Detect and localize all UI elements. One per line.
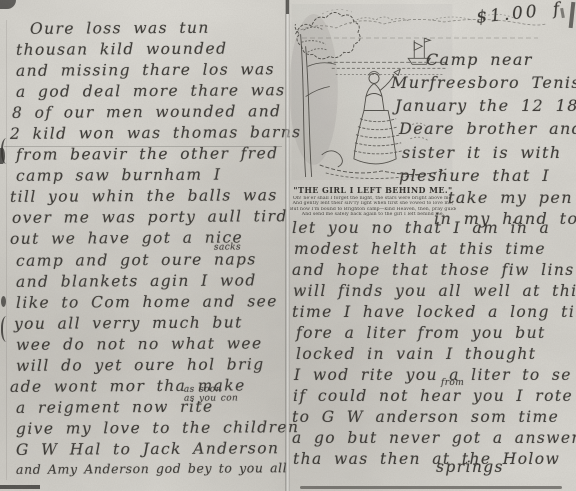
handwritten-line: modest helth at this time xyxy=(294,240,546,258)
handwritten-line: from beavir the other fred xyxy=(16,144,287,167)
handwritten-text: camp and got oure naps xyxy=(16,250,257,269)
handwritten-line: I wod rite you a liter to se xyxy=(294,366,572,384)
handwritten-line: a god deal more thare was xyxy=(16,81,287,104)
handwritten-line: will finds you all well at this xyxy=(293,282,576,300)
handwritten-line: camp and got oure naps sacks xyxy=(16,250,287,273)
handwritten-line: and missing thare los was xyxy=(16,60,287,83)
handwritten-line: like to Com home and see xyxy=(16,292,287,315)
fold-line xyxy=(285,0,290,491)
handwritten-line: Murfreesboro Tenisee xyxy=(391,73,576,92)
page-crease-line xyxy=(6,20,7,480)
handwritten-line: 8 of our men wounded and xyxy=(12,102,287,125)
stray-line xyxy=(4,146,282,147)
inserted-word: as you con xyxy=(184,394,238,403)
handwritten-line: camp saw burnham I xyxy=(16,166,287,189)
handwritten-line: ade wont mor tha make xyxy=(10,376,287,399)
handwritten-line: over me was porty aull tird xyxy=(12,208,287,231)
handwritten-line: pleshure that I xyxy=(399,166,550,185)
edge-mark xyxy=(1,296,6,307)
handwritten-line: sister it is with xyxy=(402,143,562,162)
handwritten-line: and blankets agin I wod xyxy=(16,271,287,294)
handwritten-line: and Amy Anderson god bey to you all xyxy=(16,460,287,483)
handwritten-line: 2 kild won was thomas barns xyxy=(10,123,287,146)
handwritten-line: you all verry much but xyxy=(14,313,287,336)
handwritten-line: let you no that I am in a xyxy=(292,219,550,237)
handwritten-line: springs xyxy=(436,458,504,476)
right-page: $1.00 f p xyxy=(288,0,576,491)
handwritten-line: Oure loss was tun xyxy=(30,18,287,41)
handwritten-line: January the 12 1863 xyxy=(395,96,576,115)
handwritten-line: and hope that those fiw lins xyxy=(292,261,575,279)
handwritten-line: take my pen xyxy=(448,188,573,207)
handwritten-line: give my love to the children xyxy=(16,418,287,441)
inserted-phrase-as-soon: as soon as you con xyxy=(184,385,238,403)
handwritten-line: tha was then at the Holow xyxy=(293,450,560,468)
edge-mark xyxy=(286,0,289,14)
edge-mark xyxy=(300,486,562,489)
handwritten-text: if could not hear you I rote xyxy=(293,387,573,405)
letterhead-verse: Oh! ne'er shall I forget the night, the … xyxy=(290,196,456,218)
edge-mark xyxy=(1,316,12,342)
handwritten-line: locked in vain I thought xyxy=(296,345,536,363)
edge-mark xyxy=(0,485,40,489)
edge-mark xyxy=(1,138,12,164)
handwritten-line: if could not hear you I rote from xyxy=(293,387,573,405)
handwritten-line: G W Hal to Jack Anderson xyxy=(16,439,287,462)
handwritten-line: will do yet oure hol brig xyxy=(16,355,287,378)
left-page: Oure loss was tun thousan kild wounded a… xyxy=(0,0,287,491)
inserted-word-sacks: sacks xyxy=(214,243,241,252)
handwritten-line: a reigment now rite as soon as you con xyxy=(16,397,287,420)
handwritten-line: Camp near xyxy=(426,50,533,69)
letter-scan: Oure loss was tun thousan kild wounded a… xyxy=(0,0,576,491)
handwritten-line: wee do not no what wee xyxy=(16,334,287,357)
handwritten-line: thousan kild wounded xyxy=(16,39,287,62)
handwritten-line: till you whin the balls was xyxy=(10,187,287,210)
handwritten-line: Deare brother and xyxy=(399,119,576,138)
verse-line: And send me safely back again to the gir… xyxy=(290,212,456,217)
letterhead-caption: "THE GIRL I LEFT BEHIND ME." xyxy=(290,185,456,195)
inserted-word-from: from xyxy=(441,379,464,388)
handwritten-line: to G W anderson som time xyxy=(292,408,559,426)
handwritten-line: fore a liter from you but xyxy=(296,324,546,342)
handwritten-line: a go but never got a answer xyxy=(292,429,576,447)
handwritten-line: out we have got a nice xyxy=(10,229,287,252)
handwritten-line: time I have locked a long time xyxy=(292,303,576,321)
